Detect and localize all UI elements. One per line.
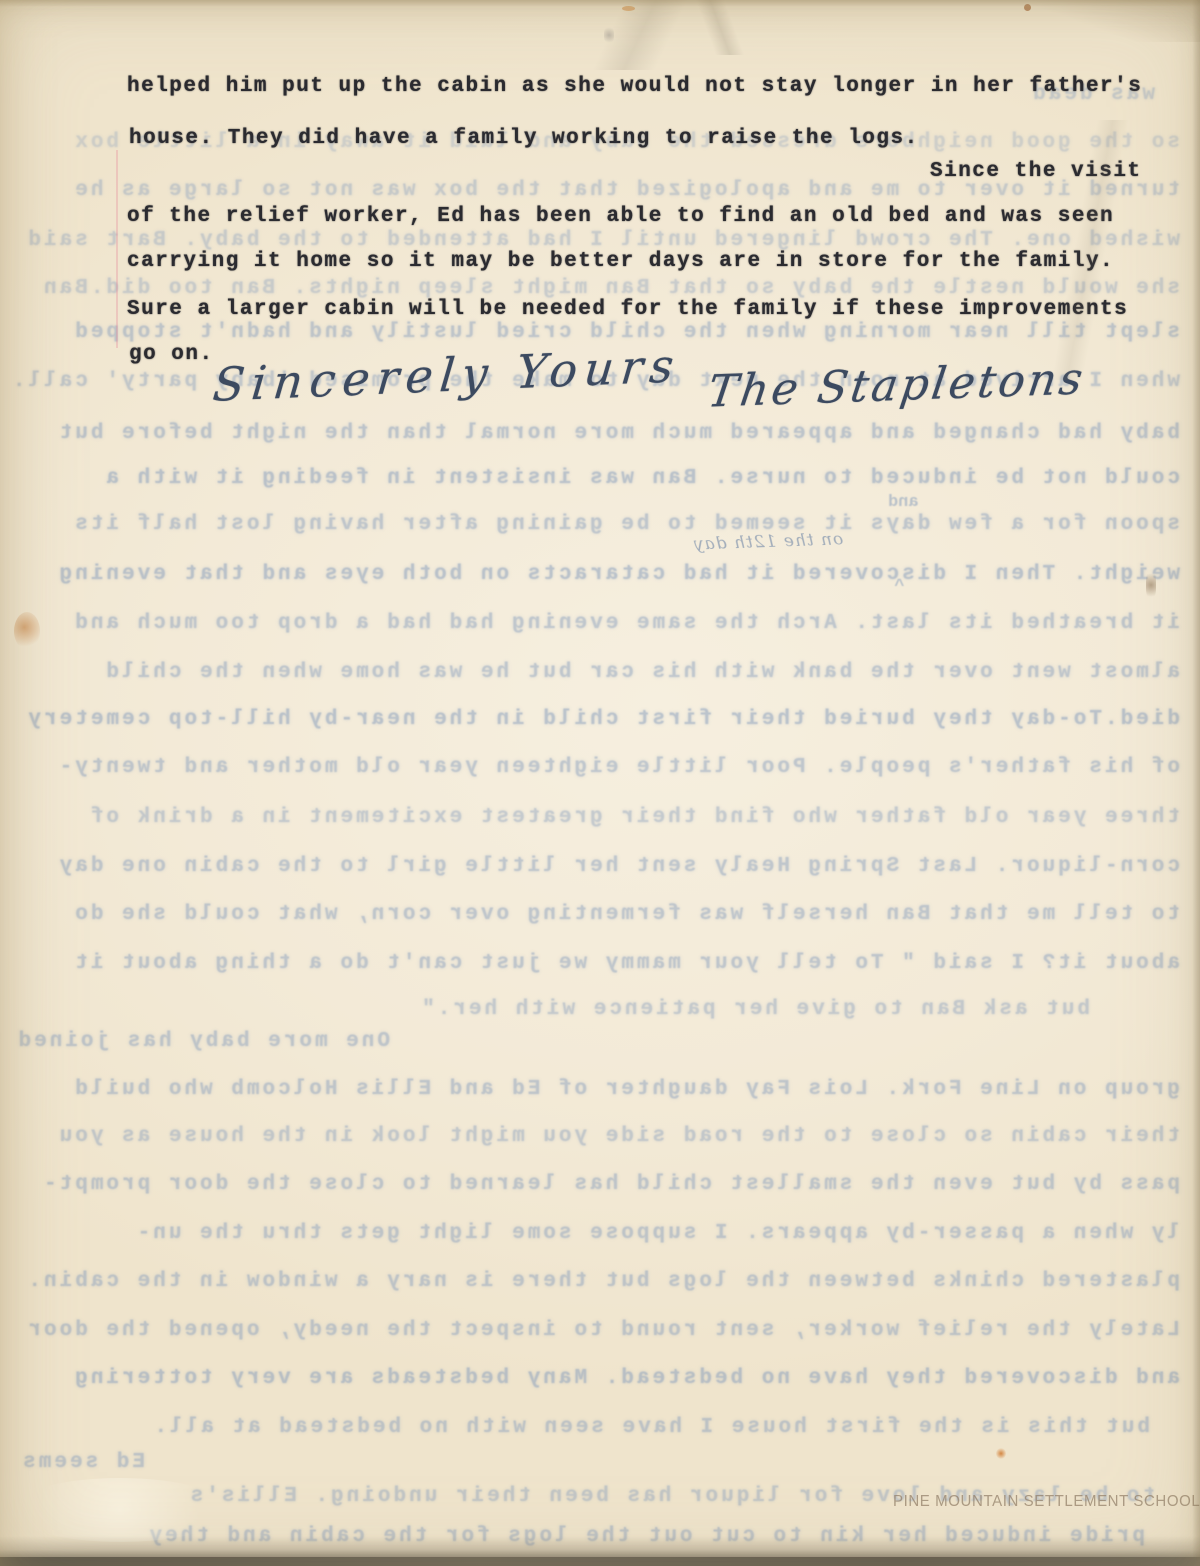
typed-line: go on. <box>129 344 214 365</box>
typed-line: house. They did have a family working to… <box>129 128 919 149</box>
typed-line: Since the visit <box>930 161 1142 182</box>
typed-text-layer: helped him put up the cabin as she would… <box>0 0 1200 1566</box>
typed-line: helped him put up the cabin as she would… <box>127 76 1142 97</box>
signature-name: The Stapletons <box>705 357 1088 414</box>
archive-watermark: PINE MOUNTAIN SETTLEMENT SCHOOL 2015 <box>893 1494 1200 1510</box>
typed-line: of the relief worker, Ed has been able t… <box>127 206 1114 227</box>
letter-page: was deadso the good neighbors dressed th… <box>0 0 1200 1566</box>
typed-line: Sure a larger cabin will be needed for t… <box>127 299 1128 320</box>
typed-line: carrying it home so it may be better day… <box>127 251 1114 272</box>
